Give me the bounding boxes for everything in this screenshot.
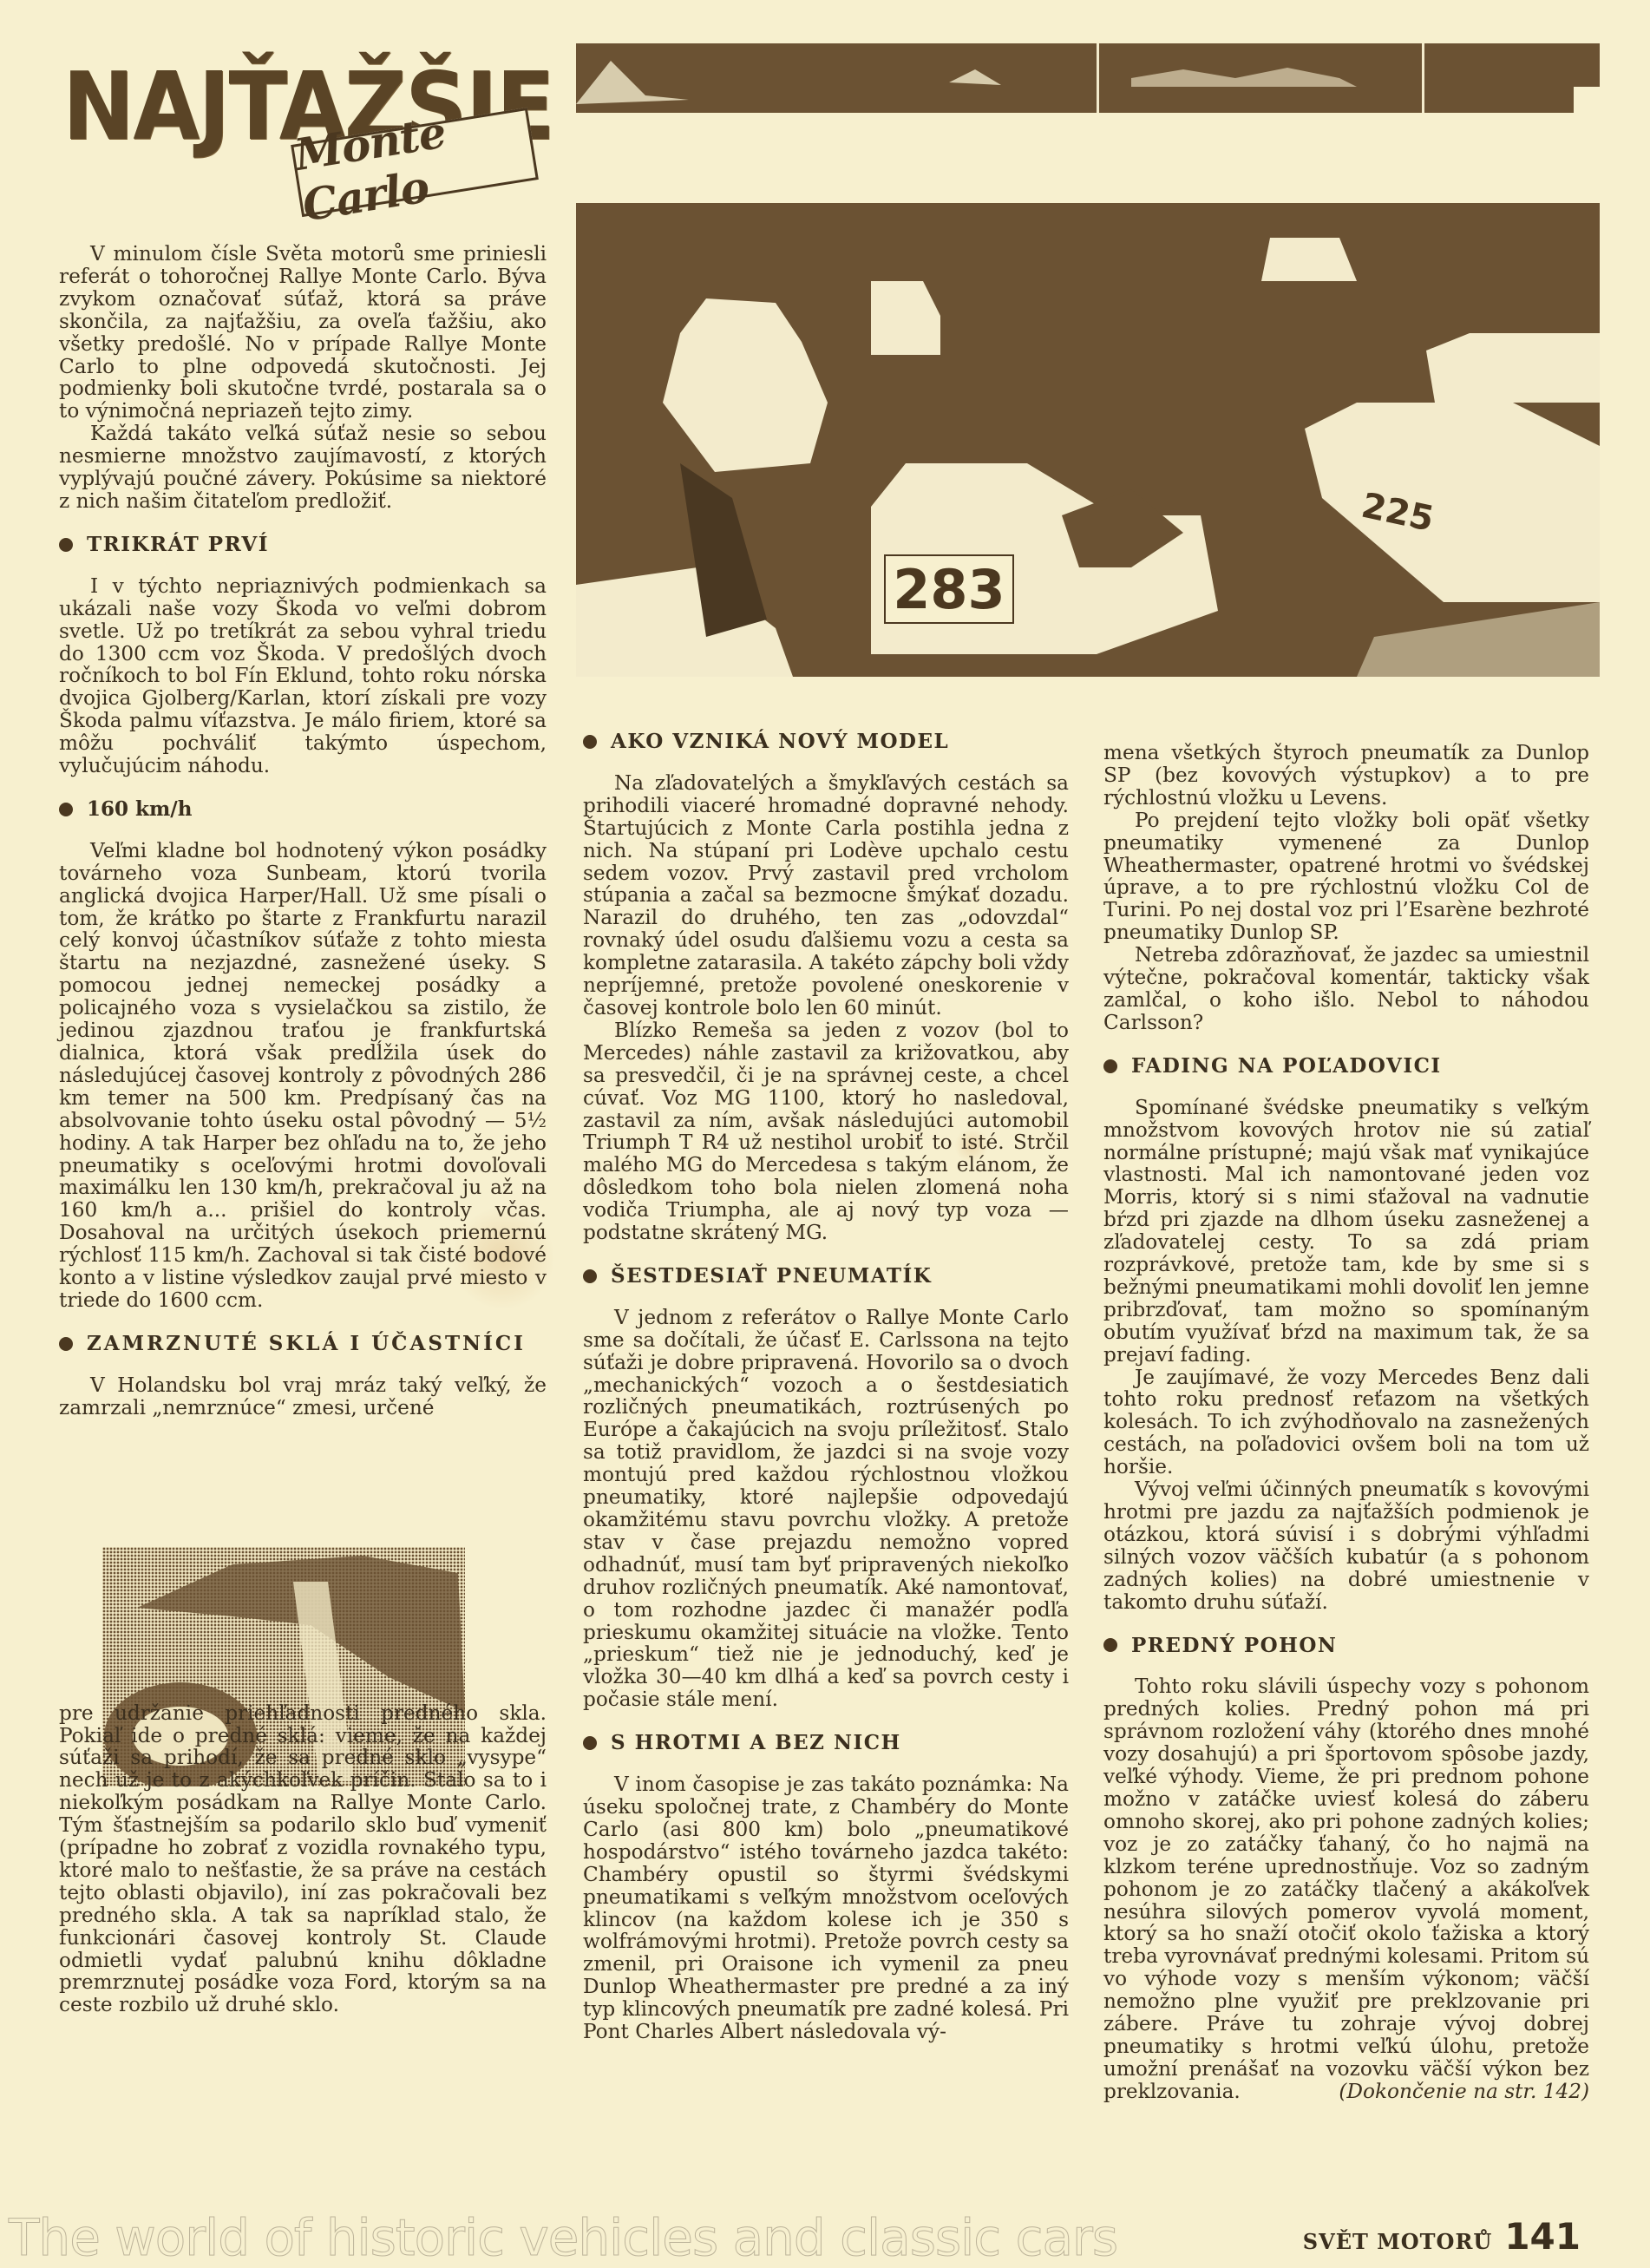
body-paragraph: Tohto roku slávili úspechy vozy s pohono… <box>1103 1675 1589 2102</box>
watermark-text: The world of historic vehicles and class… <box>9 2208 1117 2267</box>
page-number: 141 <box>1504 2215 1581 2258</box>
body-paragraph: Blízko Remeša sa jeden z vozov (bol to M… <box>583 1019 1069 1244</box>
section-heading-text: PREDNÝ POHON <box>1131 1635 1337 1657</box>
photo-rally-cars: 283 225 <box>576 203 1600 677</box>
section-heading-text: 160 km/h <box>87 798 192 821</box>
bullet-icon <box>583 1269 597 1283</box>
body-paragraph: Po prejdení tejto vložky boli opäť všetk… <box>1103 810 1589 944</box>
photo-spacer <box>59 1419 547 1702</box>
bullet-icon <box>59 1337 73 1351</box>
body-paragraph: pre udržanie priehľadnosti predného skla… <box>59 1702 547 2017</box>
section-heading: TRIKRÁT PRVÍ <box>59 534 547 556</box>
body-paragraph-text: Tohto roku slávili úspechy vozy s pohono… <box>1103 1675 1589 2102</box>
body-paragraph: Je zaujímavé, že vozy Mercedes Benz dali… <box>1103 1367 1589 1479</box>
section-heading-text: ŠESTDESIAŤ PNEUMATÍK <box>611 1265 932 1288</box>
intro-paragraph: Každá takáto veľká súťaž nesie so sebou … <box>59 423 547 513</box>
bullet-icon <box>1103 1638 1117 1652</box>
page-footer: SVĚT MOTORŮ 141 <box>1303 2215 1581 2258</box>
magazine-name: SVĚT MOTORŮ <box>1303 2229 1493 2254</box>
section-heading: 160 km/h <box>59 798 547 821</box>
body-paragraph: Netreba zdôrazňovať, že jazdec sa umiest… <box>1103 944 1589 1034</box>
bullet-icon <box>59 803 73 816</box>
section-heading: PREDNÝ POHON <box>1103 1635 1589 1657</box>
section-heading: ŠESTDESIAŤ PNEUMATÍK <box>583 1265 1069 1288</box>
section-heading-text: AKO VZNIKÁ NOVÝ MODEL <box>611 731 949 753</box>
column-middle: AKO VZNIKÁ NOVÝ MODEL Na zľadovatelých a… <box>583 731 1069 2043</box>
section-heading: FADING NA POĽADOVICI <box>1103 1055 1589 1078</box>
body-paragraph: Vývoj veľmi účinných pneumatík s kovovým… <box>1103 1478 1589 1613</box>
section-heading: S HROTMI A BEZ NICH <box>583 1732 1069 1754</box>
body-paragraph: V inom časopise je zas takáto poznámka: … <box>583 1773 1069 2043</box>
rally-plate-283: 283 <box>884 554 1014 624</box>
intro-paragraph: V minulom čísle Světa motorů sme prinies… <box>59 243 547 423</box>
bullet-icon <box>583 735 597 749</box>
section-heading-text: TRIKRÁT PRVÍ <box>87 534 269 556</box>
bullet-icon <box>59 538 73 552</box>
section-heading-text: ZAMRZNUTÉ SKLÁ I ÚČASTNÍCI <box>87 1333 526 1355</box>
trees-illustration-icon <box>576 43 1600 113</box>
section-heading: AKO VZNIKÁ NOVÝ MODEL <box>583 731 1069 753</box>
column-left: V minulom čísle Světa motorů sme prinies… <box>59 243 547 2016</box>
body-paragraph: mena všetkých štyroch pneumatík za Dunlo… <box>1103 742 1589 810</box>
photo-top-strip <box>576 43 1600 113</box>
body-paragraph: V Holandsku bol vraj mráz taký veľký, že… <box>59 1374 547 1419</box>
body-paragraph: V jednom z referátov o Rallye Monte Carl… <box>583 1307 1069 1711</box>
rally-cars-photo-icon <box>576 203 1600 677</box>
bullet-icon <box>1103 1059 1117 1073</box>
section-heading: ZAMRZNUTÉ SKLÁ I ÚČASTNÍCI <box>59 1333 547 1355</box>
section-heading-text: FADING NA POĽADOVICI <box>1131 1055 1442 1078</box>
article-title: NAJŤAŽŠIE Monte Carlo <box>61 52 564 200</box>
bullet-icon <box>583 1736 597 1750</box>
column-right: mena všetkých štyroch pneumatík za Dunlo… <box>1103 742 1589 2103</box>
continued-link[interactable]: (Dokončenie na str. 142) <box>1307 2081 1589 2103</box>
body-paragraph: Veľmi kladne bol hodnotený výkon posádky… <box>59 840 547 1312</box>
body-paragraph: Na zľadovatelých a šmykľavých cestách sa… <box>583 772 1069 1019</box>
body-paragraph: I v týchto nepriaznivých podmienkach sa … <box>59 575 547 777</box>
section-heading-text: S HROTMI A BEZ NICH <box>611 1732 901 1754</box>
body-paragraph: Spomínané švédske pneumatiky s veľkým mn… <box>1103 1097 1589 1367</box>
title-subtitle-box: Monte Carlo <box>291 108 539 217</box>
